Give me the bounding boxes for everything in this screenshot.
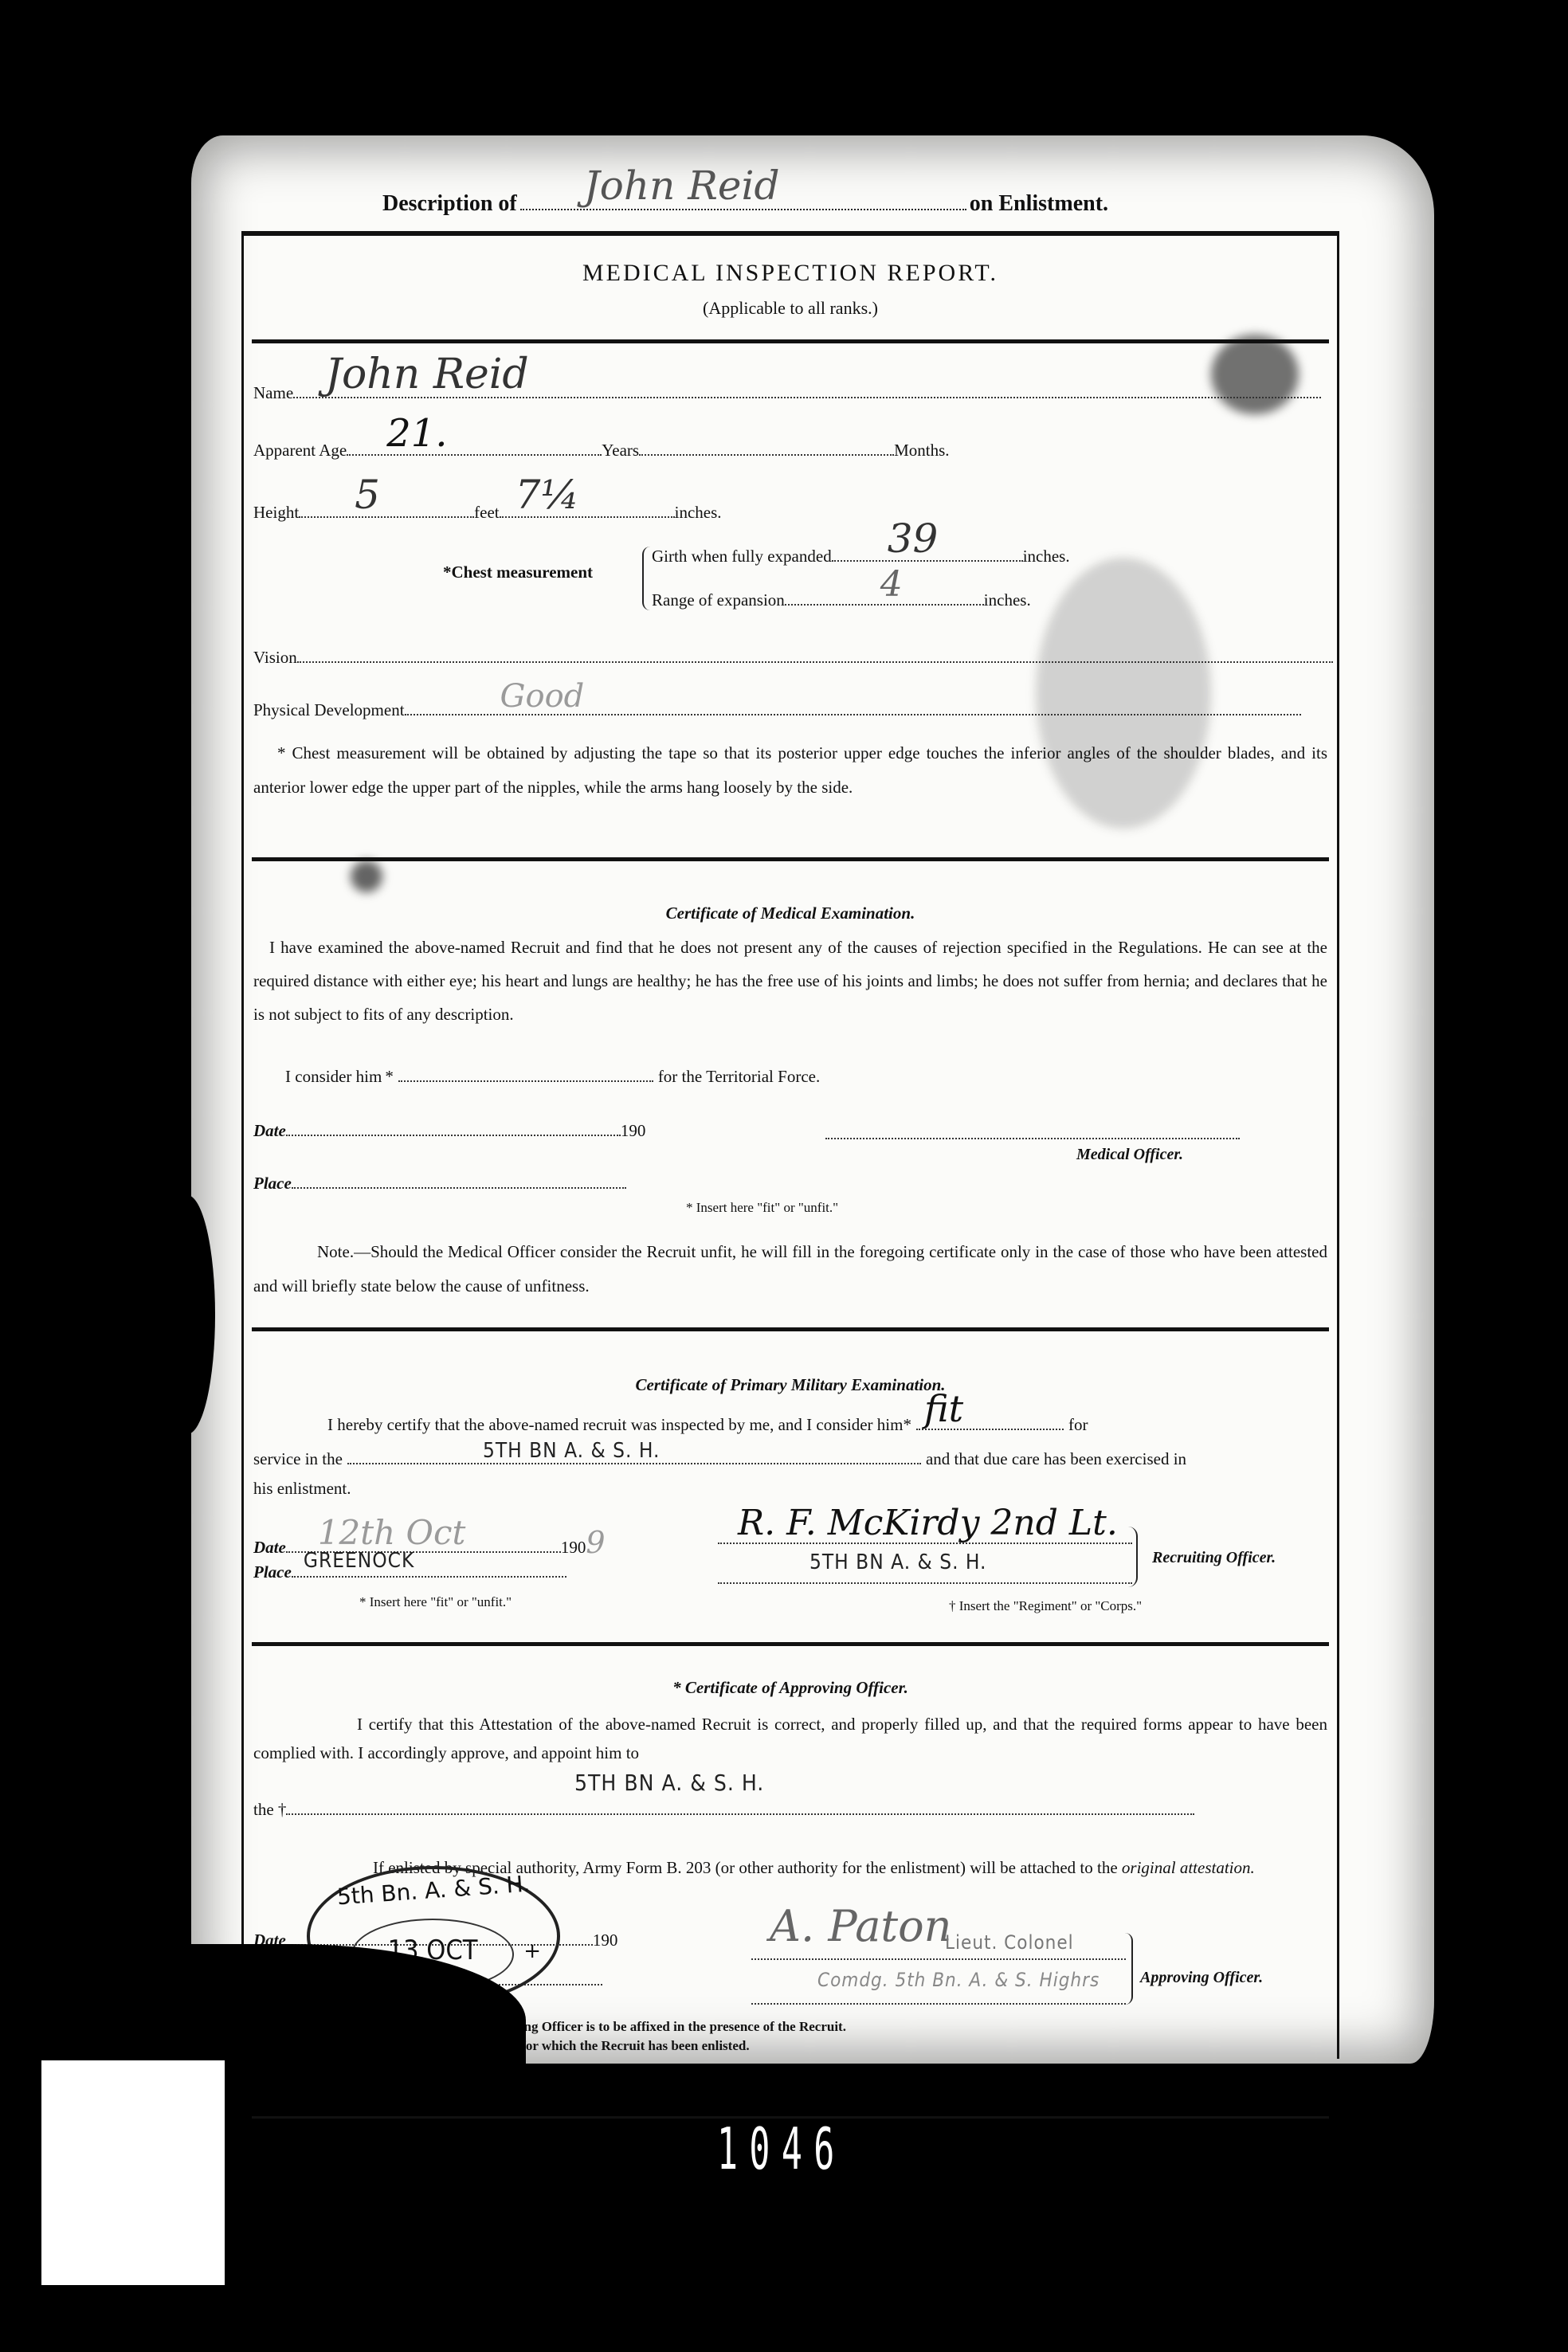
form-subtitle: (Applicable to all ranks.) [244,298,1337,319]
military-year-value: 9 [586,1525,605,1560]
girth-field: 39 [832,543,1023,562]
divider [252,1327,1329,1331]
special-authority-italic: original attestation. [1122,1858,1255,1877]
medical-date-row: Date 190 [253,1117,645,1141]
age-row: Apparent Age 21. Years Months. [253,437,950,461]
name-value: John Reid [325,354,529,395]
approving-unit-field [286,1796,1194,1815]
physical-field: Good [405,696,1301,715]
approving-officer-signature: A. Paton [770,1901,951,1951]
medical-date-field [286,1117,621,1136]
service-value: 5TH BN A. & S. H. [483,1441,661,1461]
medical-officer-label: Medical Officer. [1076,1146,1183,1164]
asterisk-mark: * [385,1067,394,1087]
height-label: Height [253,503,299,523]
stamp-plus-right: + [523,1939,541,1963]
consider-prefix: I consider him [285,1067,382,1087]
approving-unit-value: 5TH BN A. & S. H. [574,1770,764,1796]
age-months-field [639,437,894,456]
girth-unit: inches. [1023,547,1070,566]
height-feet-field: 5 [299,499,474,518]
vision-label: Vision [253,648,297,668]
military-year-prefix: 190 [561,1538,586,1558]
height-feet-value: 5 [355,475,380,515]
military-date-label: Date [253,1538,286,1558]
description-header: Description of John Reid on Enlistment. [382,190,1179,217]
consider-field [398,1063,653,1082]
chest-brace [642,547,650,610]
feet-label: feet [474,503,499,523]
fit-field: fit [916,1411,1064,1430]
military-body-row: I hereby certify that the above-named re… [327,1411,1088,1435]
chest-label: *Chest measurement [443,563,593,582]
height-inches-value: 7¼ [515,475,579,515]
age-label: Apparent Age [253,441,347,461]
medical-insert-note: * Insert here "fit" or "unfit." [686,1200,838,1216]
military-certificate-heading: Certificate of Primary Military Examinat… [244,1375,1337,1395]
girth-value: 39 [888,519,939,559]
height-inches-field: 7¼ [500,499,675,518]
approving-signature-line [751,1958,1126,1960]
medical-place-label: Place [253,1174,292,1194]
military-place-label: Place [253,1562,292,1582]
military-insert-note: * Insert here "fit" or "unfit." [359,1594,512,1610]
approving-certificate-body: I certify that this Attestation of the a… [253,1710,1327,1767]
enlistment-row: his enlistment. [253,1479,351,1499]
medical-certificate-heading: Certificate of Medical Examination. [244,904,1337,923]
physical-row: Physical Development Good [253,696,1301,720]
vision-field [297,644,1333,663]
medical-officer-signature-line [825,1138,1240,1139]
age-value: 21. [386,414,447,453]
chest-note: * Chest measurement will be obtained by … [253,736,1327,805]
approving-command-line [751,2003,1126,2005]
months-label: Months. [894,441,949,461]
age-years-field: 21. [347,437,602,456]
recruiting-brace [1128,1527,1138,1587]
range-unit: inches. [984,590,1031,610]
enlistment-text: his enlistment. [253,1479,351,1499]
command-stamp: Comdg. 5th Bn. A. & S. Highrs [817,1969,1100,1991]
name-field: John Reid [293,379,1321,398]
form-title: MEDICAL INSPECTION REPORT. [244,260,1337,287]
years-label: Years [602,441,639,461]
fit-value: fit [924,1390,963,1427]
service-suffix: and that due care has been exercised in [926,1449,1186,1469]
range-label: Range of expansion [652,590,785,610]
physical-value: Good [500,680,585,712]
approving-brace [1125,1933,1133,2005]
recruiting-signature-line [718,1543,1132,1544]
military-body-1: I hereby certify that the above-named re… [327,1415,911,1435]
torn-edge-left [159,1195,215,1434]
name-row: Name John Reid [253,379,1321,403]
range-field: 4 [785,586,984,606]
service-field: 5TH BN A. & S. H. [347,1445,921,1464]
military-place-field: GREENOCK [292,1558,566,1578]
service-row: service in the 5TH BN A. & S. H. and tha… [253,1445,1186,1469]
physical-label: Physical Development [253,700,405,720]
description-suffix: on Enlistment. [970,191,1108,217]
approving-officer-label: Approving Officer. [1140,1969,1263,1987]
description-prefix: Description of [382,191,517,217]
unfit-note: Note.—Should the Medical Officer conside… [253,1235,1327,1303]
girth-label: Girth when fully expanded [652,547,832,566]
frame-number: 1046 [717,2115,846,2182]
military-date-value: 12th Oct [318,1516,466,1550]
military-place-value: GREENOCK [304,1550,415,1571]
military-body-2: for [1068,1415,1088,1435]
inches-label: inches. [675,503,722,523]
recruiting-unit-line [718,1582,1132,1584]
military-place-row: Place GREENOCK [253,1558,566,1582]
description-name-value: John Reid [584,163,780,209]
medical-place-row: Place [253,1170,626,1194]
medical-date-label: Date [253,1121,286,1141]
vision-row: Vision [253,644,1333,668]
range-row: Range of expansion 4 inches. [652,586,1031,610]
divider [252,339,1329,343]
approving-the-label: the † [253,1800,286,1820]
regiment-note: † Insert the "Regiment" or "Corps." [949,1598,1142,1614]
rank-stamp: Lieut. Colonel [945,1931,1074,1954]
range-value: 4 [880,567,903,602]
consider-suffix: for the Territorial Force. [658,1067,820,1087]
reference-card [41,2060,225,2285]
girth-row: Girth when fully expanded 39 inches. [652,543,1070,566]
height-row: Height 5 feet 7¼ inches. [253,499,722,523]
consider-row: I consider him * for the Territorial For… [285,1063,820,1087]
approving-certificate-heading: * Certificate of Approving Officer. [244,1678,1337,1698]
recruiting-officer-signature: R. F. McKirdy 2nd Lt. [738,1503,1118,1543]
medical-inspection-form: MEDICAL INSPECTION REPORT. (Applicable t… [241,231,1339,2059]
medical-certificate-body: I have examined the above-named Recruit … [253,931,1327,1031]
medical-year-prefix: 190 [621,1121,646,1141]
divider [252,1642,1329,1646]
approving-year-prefix: 190 [593,1931,618,1950]
medical-place-field [292,1170,626,1189]
approving-the-row: the † [253,1796,1194,1820]
recruiting-unit-value: 5TH BN A. & S. H. [809,1550,987,1574]
name-label: Name [253,383,293,403]
service-prefix: service in the [253,1449,343,1469]
divider [252,857,1329,861]
recruiting-officer-label: Recruiting Officer. [1152,1549,1276,1567]
description-name-field: John Reid [520,190,966,210]
